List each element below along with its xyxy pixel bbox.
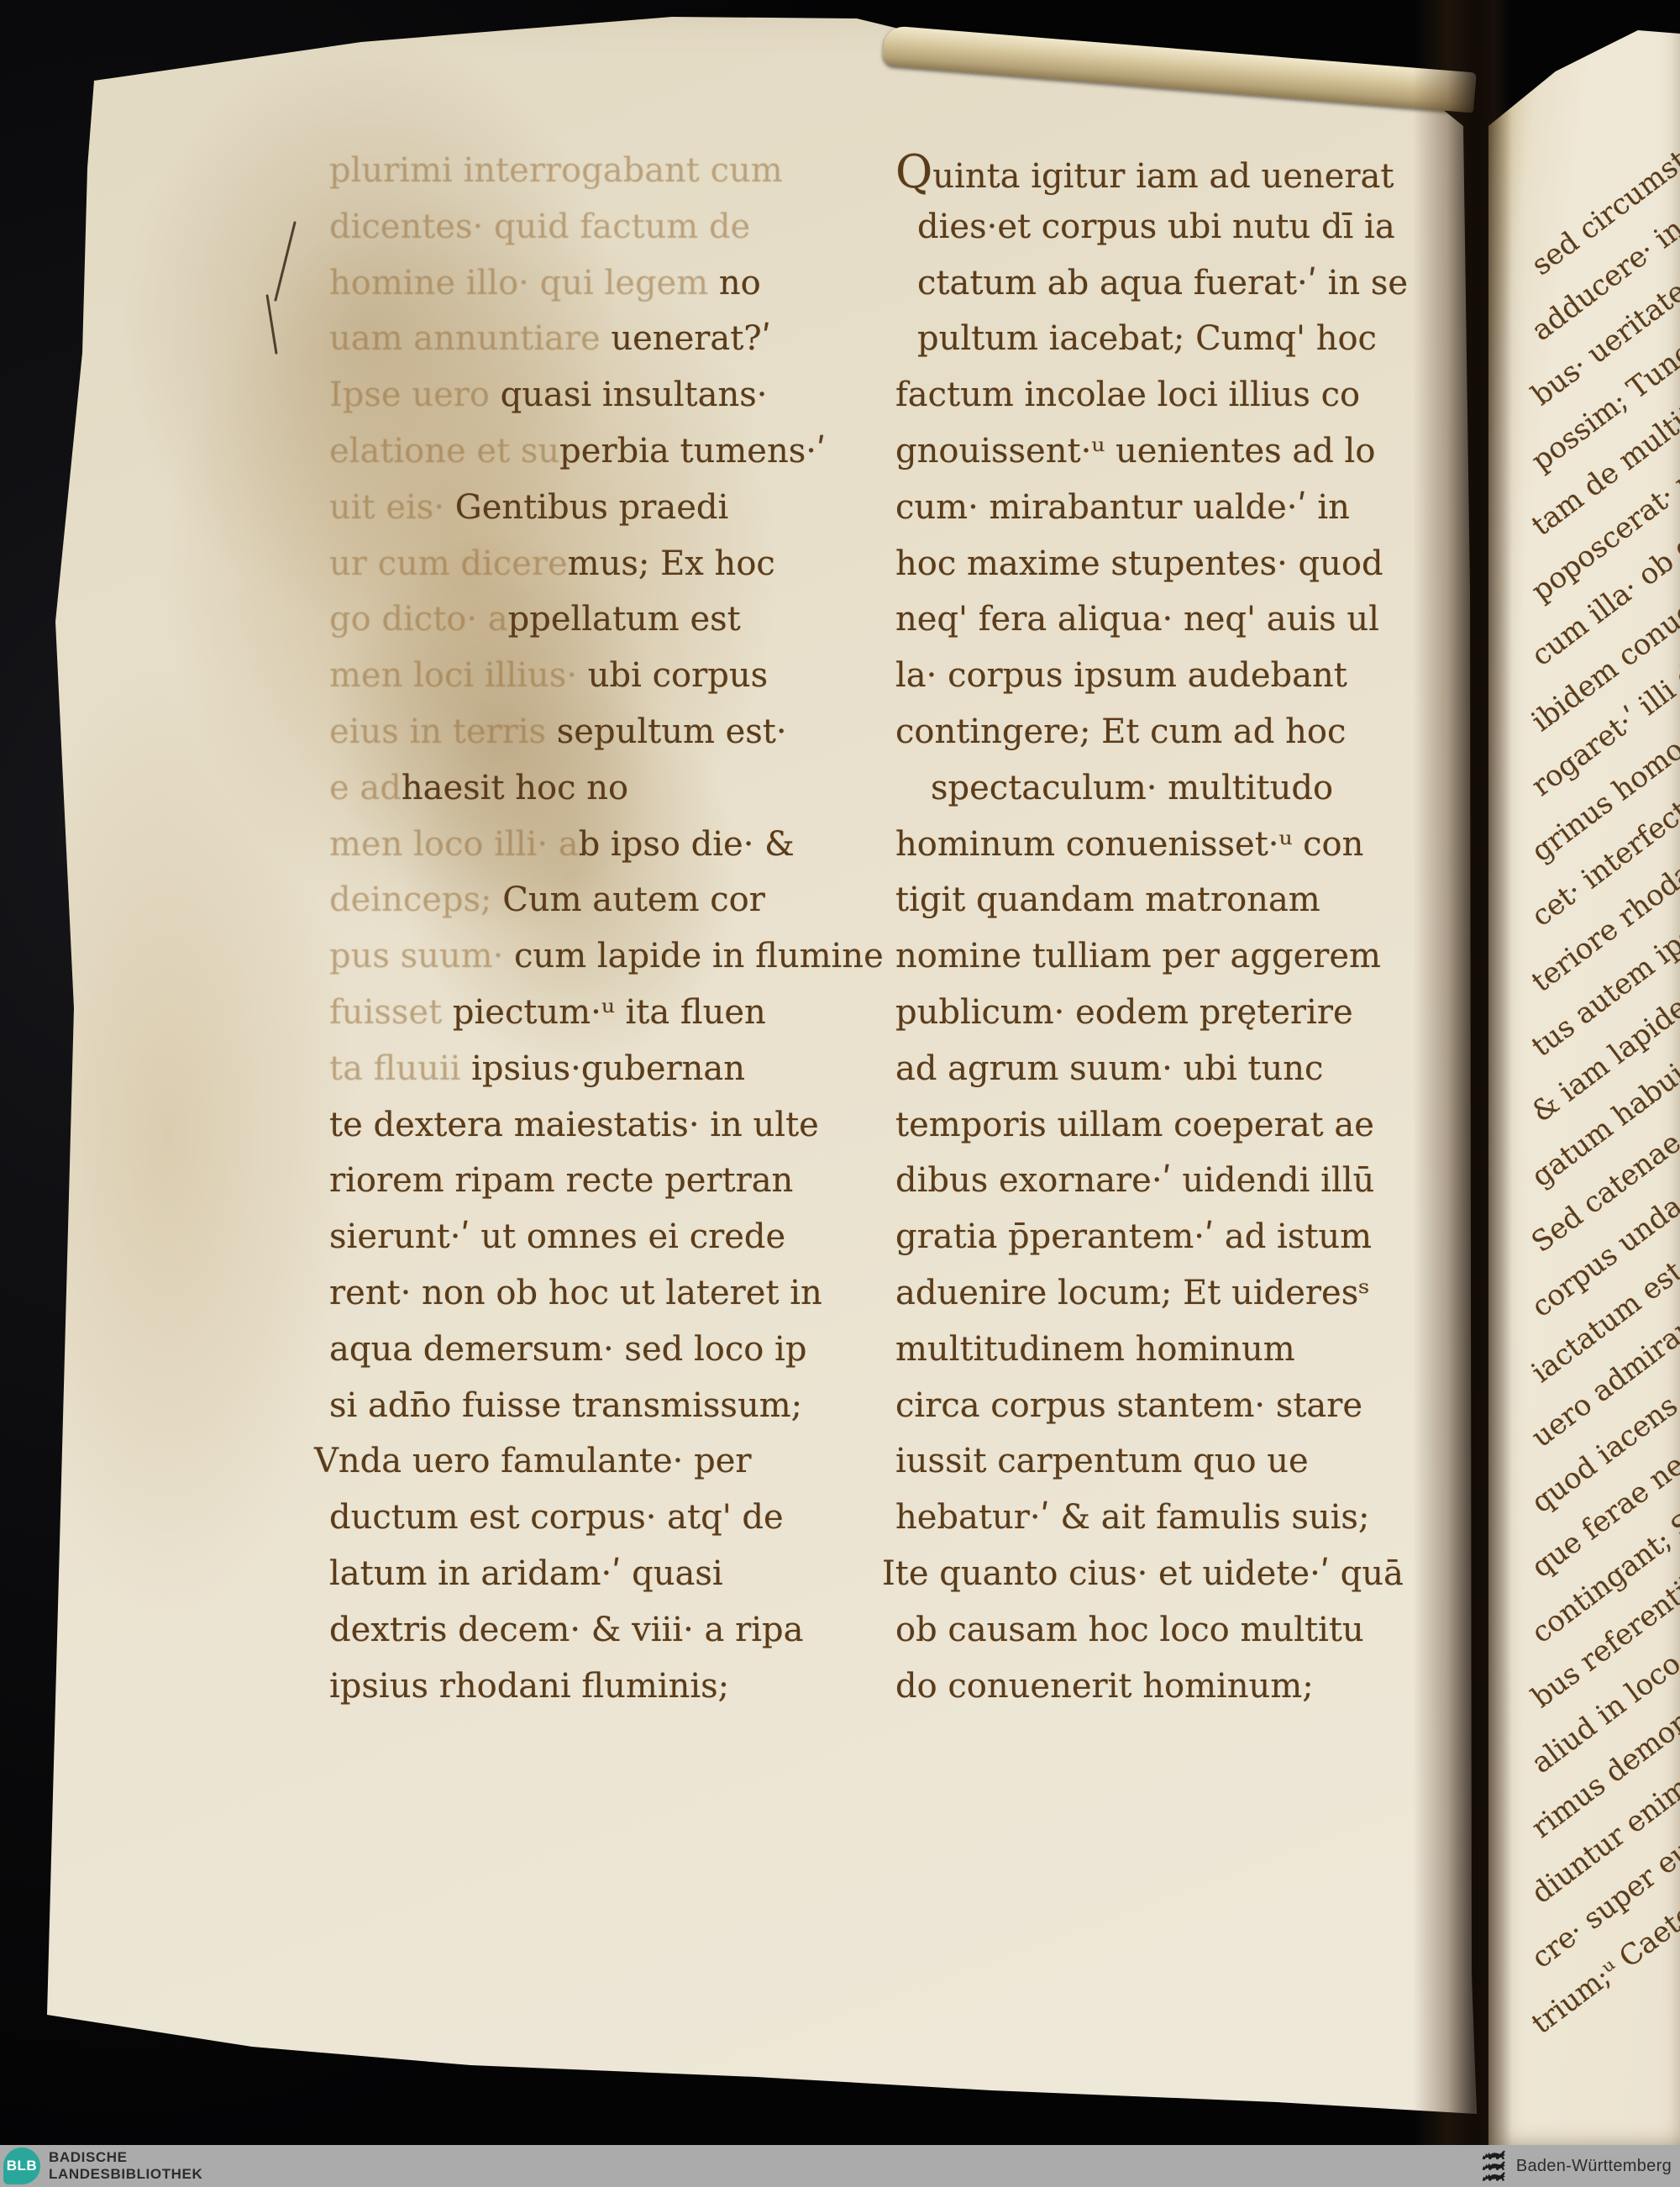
photo-backdrop: plurimi interrogabant cumdicentes· quid … bbox=[0, 0, 1680, 2187]
ink-text: hominum conuenisset·ᵘ con bbox=[895, 825, 1363, 864]
manuscript-line: hebatur·ʹ & ait famulis suis; bbox=[895, 1501, 1369, 1534]
manuscript-line: multitudinem hominum bbox=[895, 1333, 1295, 1366]
manuscript-line: latum in aridam·ʹ quasi bbox=[329, 1557, 723, 1590]
ink-text: b ipso die· & bbox=[579, 825, 795, 864]
ink-text: sierunt·ʹ ut omnes ei crede bbox=[329, 1217, 785, 1256]
ink-text: multitudinem hominum bbox=[895, 1330, 1295, 1369]
ink-text: mus; Ex hoc bbox=[568, 544, 775, 583]
manuscript-line: eius in terris sepultum est· bbox=[329, 715, 787, 749]
ink-text: ad agrum suum· ubi tunc bbox=[895, 1049, 1323, 1088]
ink-text: iussit carpentum quo ue bbox=[895, 1442, 1309, 1480]
manuscript-line: dies·et corpus ubi nutu dī ia bbox=[917, 210, 1395, 244]
ink-text: neq' fera aliqua· neq' auis ul bbox=[895, 600, 1379, 639]
manuscript-line: temporis uillam coeperat ae bbox=[895, 1108, 1374, 1142]
ink-text: gnouissent·ᵘ uenientes ad lo bbox=[895, 432, 1375, 471]
ink-text: no bbox=[719, 264, 761, 302]
ink-text: dextris decem· & viii· a ripa bbox=[329, 1611, 803, 1649]
ink-text: spectaculum· multitudo bbox=[931, 769, 1333, 807]
ink-text: pultum iacebat; Cumq' hoc bbox=[917, 319, 1377, 358]
ink-text: gratia p̄perantem·ʹ ad istum bbox=[895, 1217, 1372, 1256]
ink-text: hoc maxime stupentes· quod bbox=[895, 544, 1383, 583]
library-name-line2: LANDESBIBLIOTHEK bbox=[49, 2166, 202, 2183]
faded-text: deinceps; bbox=[329, 881, 502, 919]
manuscript-line: ad agrum suum· ubi tunc bbox=[895, 1052, 1323, 1086]
ink-text: ppellatum est bbox=[508, 600, 741, 639]
manuscript-line: hominum conuenisset·ᵘ con bbox=[895, 828, 1363, 861]
ink-text: dibus exornare·ʹ uidendi illū bbox=[895, 1161, 1374, 1200]
faded-text: go dicto· a bbox=[329, 600, 508, 639]
manuscript-line: dibus exornare·ʹ uidendi illū bbox=[895, 1164, 1374, 1197]
bw-lions-icon bbox=[1481, 2148, 1508, 2184]
faded-text: ta fluuii bbox=[329, 1049, 471, 1088]
manuscript-line: riorem ripam recte pertran bbox=[329, 1164, 793, 1197]
faded-text: men loco illi· a bbox=[329, 825, 579, 864]
ink-text: uenerat?ʹ bbox=[611, 319, 771, 358]
ink-text: ctatum ab aqua fuerat·ʹ in se bbox=[917, 264, 1408, 302]
manuscript-line: sierunt·ʹ ut omnes ei crede bbox=[329, 1220, 785, 1254]
manuscript-line: fuisset piectum·ᵘ ita fluen bbox=[329, 996, 766, 1029]
manuscript-line: ipsius rhodani fluminis; bbox=[329, 1669, 729, 1703]
faded-text: uit eis· bbox=[329, 488, 455, 527]
manuscript-line: do conuenerit hominum; bbox=[895, 1669, 1314, 1703]
manuscript-line: gratia p̄perantem·ʹ ad istum bbox=[895, 1220, 1372, 1254]
ink-text: latum in aridam·ʹ quasi bbox=[329, 1554, 723, 1593]
ink-text: circa corpus stantem· stare bbox=[895, 1386, 1362, 1425]
ink-text: la· corpus ipsum audebant bbox=[895, 656, 1347, 695]
ink-text: si adn̄o fuisse transmissum; bbox=[329, 1386, 802, 1425]
right-text-column: Quinta igitur iam ad ueneratdies·et corp… bbox=[895, 154, 1467, 1792]
manuscript-line: rent· non ob hoc ut lateret in bbox=[329, 1276, 822, 1310]
faded-text: dicentes· quid factum de bbox=[329, 208, 750, 246]
ink-text: contingere; Et cum ad hoc bbox=[895, 712, 1346, 751]
ink-text: do conuenerit hominum; bbox=[895, 1667, 1314, 1706]
blb-logo: BLB bbox=[3, 2148, 40, 2184]
manuscript-line: Quinta igitur iam ad uenerat bbox=[895, 154, 1394, 193]
manuscript-line: te dextera maiestatis· in ulte bbox=[329, 1108, 819, 1142]
manuscript-line: nomine tulliam per aggerem bbox=[895, 939, 1381, 973]
ink-text: perbia tumens·ʹ bbox=[559, 432, 826, 471]
manuscript-line: aduenire locum; Et uideresˢ bbox=[895, 1276, 1370, 1310]
left-text-column: plurimi interrogabant cumdicentes· quid … bbox=[329, 154, 892, 1792]
manuscript-line: circa corpus stantem· stare bbox=[895, 1389, 1362, 1422]
manuscript-line: neq' fera aliqua· neq' auis ul bbox=[895, 602, 1379, 636]
ink-text: rent· non ob hoc ut lateret in bbox=[329, 1274, 822, 1312]
ink-text: quasi insultans· bbox=[501, 376, 768, 414]
manuscript-line: dicentes· quid factum de bbox=[329, 210, 750, 244]
manuscript-line: ductum est corpus· atq' de bbox=[329, 1501, 784, 1534]
manuscript-line: ur cum diceremus; Ex hoc bbox=[329, 547, 775, 581]
manuscript-line: ob causam hoc loco multitu bbox=[895, 1613, 1364, 1647]
manuscript-line: contingere; Et cum ad hoc bbox=[895, 715, 1346, 749]
ink-text: piectum·ᵘ ita fluen bbox=[453, 993, 766, 1032]
faded-text: ur cum dicere bbox=[329, 544, 568, 583]
ink-text: tigit quandam matronam bbox=[895, 881, 1320, 919]
state-name: Baden-Württemberg bbox=[1516, 2157, 1672, 2176]
faded-text: homine illo· qui legem bbox=[329, 264, 719, 302]
manuscript-line: pultum iacebat; Cumq' hoc bbox=[917, 322, 1377, 355]
ink-text: dies·et corpus ubi nutu dī ia bbox=[917, 208, 1395, 246]
manuscript-line: cum· mirabantur ualde·ʹ in bbox=[895, 491, 1350, 524]
parchment-speck bbox=[1556, 24, 1569, 34]
ink-text: Ite quanto cius· et uidete·ʹ quā bbox=[882, 1554, 1404, 1593]
baden-wuerttemberg-logo: Baden-Württemberg bbox=[1481, 2145, 1672, 2187]
parchment-crack bbox=[274, 221, 297, 302]
manuscript-line: plurimi interrogabant cum bbox=[329, 154, 783, 187]
ink-text: aqua demersum· sed loco ip bbox=[329, 1330, 806, 1369]
parchment-crack bbox=[265, 294, 277, 355]
ink-text: ductum est corpus· atq' de bbox=[329, 1498, 784, 1537]
manuscript-line: hoc maxime stupentes· quod bbox=[895, 547, 1383, 581]
ink-text: Gentibus praedi bbox=[455, 488, 729, 527]
ink-text: aduenire locum; Et uideresˢ bbox=[895, 1274, 1370, 1312]
manuscript-line: Ipse uero quasi insultans· bbox=[329, 378, 767, 412]
manuscript-line: dextris decem· & viii· a ripa bbox=[329, 1613, 803, 1647]
manuscript-left-page: plurimi interrogabant cumdicentes· quid … bbox=[0, 0, 1680, 2187]
manuscript-line: tigit quandam matronam bbox=[895, 883, 1320, 917]
ink-text: ubi corpus bbox=[577, 656, 768, 695]
library-name: BADISCHE LANDESBIBLIOTHEK bbox=[49, 2149, 202, 2183]
manuscript-line: Ite quanto cius· et uidete·ʹ quā bbox=[882, 1557, 1404, 1590]
manuscript-line: deinceps; Cum autem cor bbox=[329, 883, 765, 917]
ink-text: hebatur·ʹ & ait famulis suis; bbox=[895, 1498, 1369, 1537]
blb-logo-text: BLB bbox=[7, 2158, 37, 2174]
manuscript-line: gnouissent·ᵘ uenientes ad lo bbox=[895, 434, 1375, 468]
faded-text: e ad bbox=[329, 769, 402, 807]
ink-text: temporis uillam coeperat ae bbox=[895, 1106, 1374, 1144]
manuscript-line: ta fluuii ipsius·gubernan bbox=[329, 1052, 745, 1086]
manuscript-line: si adn̄o fuisse transmissum; bbox=[329, 1389, 802, 1422]
manuscript-line: la· corpus ipsum audebant bbox=[895, 659, 1347, 692]
manuscript-line: Vnda uero famulante· per bbox=[314, 1444, 752, 1478]
manuscript-line: ctatum ab aqua fuerat·ʹ in se bbox=[917, 266, 1408, 300]
manuscript-line: pus suum· cum lapide in flumine bbox=[329, 939, 884, 973]
ink-text: sepultum est· bbox=[557, 712, 787, 751]
ink-text: nomine tulliam per aggerem bbox=[895, 937, 1381, 975]
ink-text: riorem ripam recte pertran bbox=[329, 1161, 793, 1200]
decorated-initial: Q bbox=[895, 145, 932, 198]
ink-text: Vnda uero famulante· per bbox=[314, 1442, 752, 1480]
manuscript-line: uit eis· Gentibus praedi bbox=[329, 491, 728, 524]
ink-text: te dextera maiestatis· in ulte bbox=[329, 1106, 819, 1144]
ink-text: uinta igitur iam ad uenerat bbox=[932, 157, 1394, 196]
manuscript-line: aqua demersum· sed loco ip bbox=[329, 1333, 806, 1366]
ink-text: publicum· eodem pręterire bbox=[895, 993, 1353, 1032]
ink-text: factum incolae loci illius co bbox=[895, 376, 1360, 414]
faded-text: eius in terris bbox=[329, 712, 557, 751]
faded-text: uam annuntiare bbox=[329, 319, 611, 358]
faded-text: plurimi interrogabant cum bbox=[329, 151, 783, 190]
manuscript-line: go dicto· appellatum est bbox=[329, 602, 741, 636]
manuscript-line: uam annuntiare uenerat?ʹ bbox=[329, 322, 771, 355]
faded-text: men loci illius· bbox=[329, 656, 577, 695]
faded-text: elatione et su bbox=[329, 432, 559, 471]
ink-text: Cum autem cor bbox=[502, 881, 765, 919]
library-name-line1: BADISCHE bbox=[49, 2149, 202, 2166]
manuscript-line: spectaculum· multitudo bbox=[931, 771, 1333, 805]
manuscript-line: men loci illius· ubi corpus bbox=[329, 659, 768, 692]
ink-text: cum· mirabantur ualde·ʹ in bbox=[895, 488, 1350, 527]
manuscript-line: factum incolae loci illius co bbox=[895, 378, 1360, 412]
ink-text: ipsius·gubernan bbox=[471, 1049, 745, 1088]
manuscript-line: iussit carpentum quo ue bbox=[895, 1444, 1309, 1478]
faded-text: fuisset bbox=[329, 993, 453, 1032]
ink-text: haesit hoc no bbox=[402, 769, 628, 807]
manuscript-line: homine illo· qui legem no bbox=[329, 266, 761, 300]
faded-text: Ipse uero bbox=[329, 376, 501, 414]
ink-text: ipsius rhodani fluminis; bbox=[329, 1667, 729, 1706]
next-page-edge: sed circumstantibus illic·adducere· in i… bbox=[1488, 0, 1680, 2145]
faded-text: pus suum· bbox=[329, 937, 503, 975]
library-bar: BLB BADISCHE LANDESBIBLIOTHEK Baden-Würt… bbox=[0, 2145, 1680, 2187]
ink-text: ob causam hoc loco multitu bbox=[895, 1611, 1364, 1649]
manuscript-line: elatione et superbia tumens·ʹ bbox=[329, 434, 826, 468]
manuscript-line: publicum· eodem pręterire bbox=[895, 996, 1353, 1029]
manuscript-line: men loco illi· ab ipso die· & bbox=[329, 828, 795, 861]
ink-text: cum lapide in flumine bbox=[503, 937, 883, 975]
manuscript-line: e adhaesit hoc no bbox=[329, 771, 628, 805]
